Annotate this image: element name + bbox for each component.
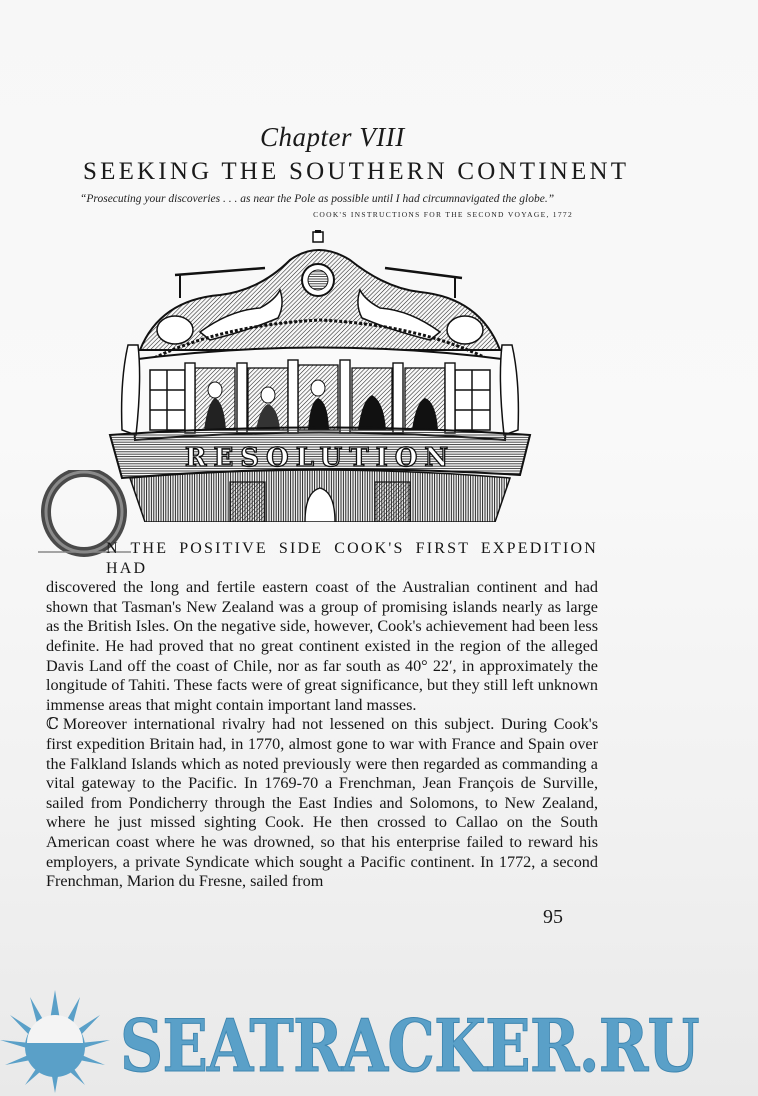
- ship-name-text: RESOLUTION: [185, 443, 455, 473]
- chapter-title: SEEKING THE SOUTHERN CONTINENT: [83, 158, 583, 186]
- body-text: N THE POSITIVE SIDE COOK'S FIRST EXPEDIT…: [46, 539, 598, 892]
- epigraph-source: Cook's instructions for the second voyag…: [300, 210, 573, 219]
- paragraph-1-first-line: N THE POSITIVE SIDE COOK'S FIRST EXPEDIT…: [46, 539, 598, 578]
- book-page: Chapter VIII SEEKING THE SOUTHERN CONTIN…: [0, 0, 758, 1096]
- paragraph-1: N THE POSITIVE SIDE COOK'S FIRST EXPEDIT…: [46, 539, 598, 715]
- epigraph-quote: “Prosecuting your discoveries . . . as n…: [80, 193, 580, 205]
- paragraph-2-text: Moreover international rivalry had not l…: [46, 715, 598, 890]
- resolution-stern-illustration: RESOLUTION: [100, 230, 540, 522]
- page-number: 95: [543, 906, 563, 929]
- paragraph-2: ℂMoreover international rivalry had not …: [46, 715, 598, 891]
- watermark-text: SEATRACKER.RU: [120, 1010, 699, 1082]
- chapter-label: Chapter VIII: [260, 122, 405, 153]
- paragraph-mark-icon: ℂ: [46, 715, 59, 733]
- paragraph-1-text: discovered the long and fertile eastern …: [46, 578, 598, 714]
- sun-icon: [0, 985, 120, 1095]
